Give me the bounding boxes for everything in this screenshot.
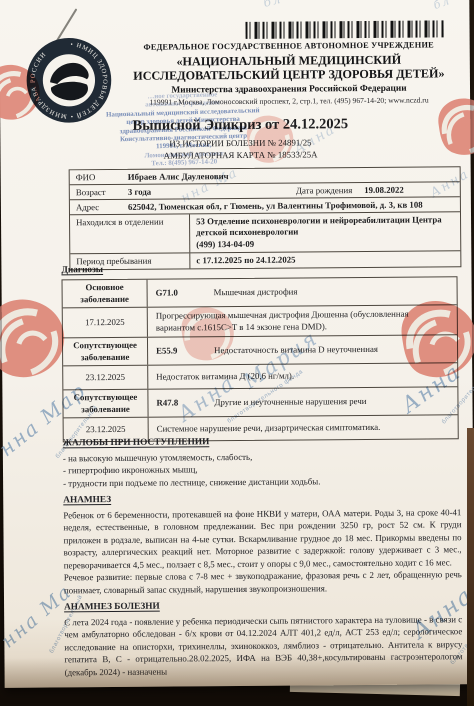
diagnosis-value: E55.9 Недостаточность витамина D неуточн… [148,335,457,364]
department-phone: (499) 134-04-09 [196,237,454,251]
barcode [245,20,443,39]
department-label: Находился в отделении [70,214,190,253]
org-name: «НАЦИОНАЛЬНЫЙ МЕДИЦИНСКИЙ ИССЛЕДОВАТЕЛЬС… [118,52,460,83]
diagnosis-text: Прогрессирующая мышечная дистрофия Дюшен… [148,305,457,336]
ambulatory-card-number: АМБУЛАТОРНАЯ КАРТА № 18533/25А [40,148,440,161]
page-bottom-shadow [4,654,474,688]
age-label: Возраст [70,185,126,199]
department-value: 53 Отделение психоневрологии и нейрореаб… [190,212,460,252]
diagnosis-value: G71.0 Мышечная дистрофия [148,277,457,306]
complaint-item: - трудности при подъеме по лестнице, сни… [63,474,461,490]
diagnosis-type: Основное заболевание [63,280,148,308]
diagnosis-date: 23.12.2025 [63,366,148,390]
document-title: Выписной Эпикриз от 24.12.2025 [40,115,440,135]
table-row: Возраст 3 года Дата рождения 19.08.2022 [70,181,460,199]
script-watermark: бл [262,0,284,10]
diagnosis-value: R47.8 Другие и неуточненные нарушения ре… [148,387,457,416]
patient-age: 3 года [126,185,155,199]
address-label: Адрес [70,200,126,214]
table-row: 23.12.2025 Недостаток витамина Д (20,6 н… [63,362,457,389]
birthdate-label: Дата рождения [296,183,364,198]
patient-name: Ибраев Алис Дауленович [126,169,233,184]
table-surface-edge [467,428,474,706]
diagnosis-date: 17.12.2025 [63,308,148,338]
nczd-logo-icon: • НМИЦ ЗДОРОВЬЯ ДЕТЕЙ • МИНЗДРАВА РОССИИ [24,35,115,126]
org-type-line: ФЕДЕРАЛЬНОЕ ГОСУДАРСТВЕННОЕ АВТОНОМНОЕ У… [118,40,460,52]
table-row: Сопутствующее заболевание E55.9 Недостат… [63,334,457,365]
diagnoses-section-label: Диагнозы [61,265,103,275]
table-row: Основное заболевание G71.0 Мышечная дист… [63,277,457,307]
org-address: 119991 г.Москва, Ломоносовский проспект,… [118,96,460,108]
diagnosis-text: Мышечная дистрофия [214,286,298,298]
fio-label: ФИО [70,170,126,184]
patient-address: 625042, Тюменская обл, г Тюмень, ул Вале… [126,198,427,214]
document-page: • НМИЦ ЗДОРОВЬЯ ДЕТЕЙ • МИНЗДРАВА РОССИИ… [0,0,474,688]
history-number: ИЗ ИСТОРИИ БОЛЕЗНИ № 24891/25 [40,136,440,149]
stay-period: с 17.12.2025 по 24.12.2025 [190,251,460,268]
diagnosis-type: Сопутствующее заболевание [63,338,148,366]
diagnosis-text: Недостаточность витамина D неуточненная [214,344,378,357]
table-row: 17.12.2025 Прогрессирующая мышечная дист… [63,304,457,337]
photo-background: { "org": { "type_line": "ФЕДЕРАЛЬНОЕ ГОС… [0,0,474,706]
icd-code: G71.0 [156,287,214,299]
body-text: ЖАЛОБЫ ПРИ ПОСТУПЛЕНИИ - на высокую мыше… [63,434,463,678]
icd-code: R47.8 [156,397,214,409]
script-watermark: бл [432,0,453,12]
anamnesis-header: АНАМНЕЗ [63,491,461,507]
table-row: Сопутствующее заболевание R47.8 Другие и… [63,386,457,417]
org-ministry: Министерства здравоохранения Российской … [118,84,460,97]
department-name: 53 Отделение психоневрологии и нейрореаб… [196,214,454,239]
diagnosis-text: Другие и неуточненные нарушения речи [214,396,366,409]
letterhead: ФЕДЕРАЛЬНОЕ ГОСУДАРСТВЕННОЕ АВТОНОМНОЕ У… [118,40,460,107]
complaints-header: ЖАЛОБЫ ПРИ ПОСТУПЛЕНИИ [63,434,461,450]
speech-development-paragraph: Речевое развитие: первые слова с 7-8 мес… [64,568,462,596]
diagnosis-text: Недостаток витамина Д (20,6 нг/мл). [148,363,457,388]
diagnosis-type: Сопутствующее заболевание [63,390,148,418]
table-row: Период пребывания с 17.12.2025 по 24.12.… [70,250,460,269]
diagnoses-table: Основное заболевание G71.0 Мышечная дист… [62,276,459,442]
table-row: Адрес 625042, Тюменская обл, г Тюмень, у… [70,196,460,214]
patient-birthdate: 19.08.2022 [364,182,460,197]
spacer [155,184,296,199]
anamnesis-paragraph: Ребенок от 6 беременности, протекавшей н… [63,506,461,572]
anamnesis-morbi-header: АНАМНЕЗ БОЛЕЗНИ [64,598,462,614]
title-block: Выписной Эпикриз от 24.12.2025 ИЗ ИСТОРИ… [40,115,440,161]
table-row: Находился в отделении 53 Отделение психо… [70,211,460,253]
patient-info-table: ФИО Ибраев Алис Дауленович Возраст 3 год… [69,166,462,270]
icd-code: E55.9 [156,345,214,357]
